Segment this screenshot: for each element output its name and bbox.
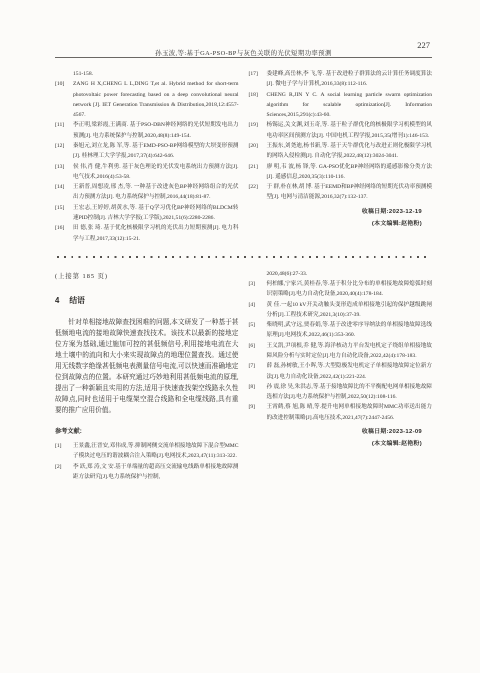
reference-number: [10] <box>55 79 73 120</box>
reference-item: [19] 杨锡运,关文渊,刘玉奇,等. 基于粒子群优化的核极限学习机模型的风电功… <box>249 120 433 141</box>
reference-text: 廖 明,韦 波,杨 锋,等. GA-PSO优化BP神经网络的遥感影像分类方法[J… <box>267 162 433 183</box>
reference-item: [22] 于 群,朴在林,胡 博. 基于EEMD和BP神经网络的短期光伏功率预测… <box>249 182 433 203</box>
article2-right-column: 2020,48(6):27-33. [3] 何柏娜,宁家兴,黄桂春,等.基于积分… <box>249 269 433 482</box>
conclusion-paragraph: 针对单相接地故障查找困难的问题,本文研发了一种基于甚低频地电流的接地故障快速查找… <box>55 318 239 417</box>
reference-text: 秦旭元,刘立龙,陈 军,等. 基于EMD-PSO-BP网络模型的大坝变形预测[J… <box>73 141 239 162</box>
reference-number: [15] <box>55 203 73 224</box>
reference-text: 杨锡运,关文渊,刘玉奇,等. 基于粒子群优化的核极限学习机模型的风电功率区间预测… <box>267 120 433 141</box>
article1-references-section: 151-158. [10] ZANG H X,CHENG L L,DING T,… <box>55 69 432 244</box>
article-divider-dotted-rule <box>57 256 430 258</box>
header-rule <box>55 57 432 58</box>
reference-continuation: 2020,48(6):27-33. <box>267 269 433 279</box>
reference-text: 王宏志,王婷婷,胡黄水,等. 基于Q学习优化BP神经网络的BLDCM转速PID控… <box>73 203 239 224</box>
section-number: 4 <box>55 294 59 308</box>
reference-text: 孙 震,徐 昊,朱洪志,等.基于接地故障比的不平衡配电网单相接地故障选相方法[J… <box>267 382 433 403</box>
references-heading: 参考文献: <box>55 426 239 437</box>
reference-item: [10] ZANG H X,CHENG L L,DING T,et al. Hy… <box>55 79 239 120</box>
reference-number: [20] <box>249 141 267 162</box>
article1-left-reference-list: [10] ZANG H X,CHENG L L,DING T,et al. Hy… <box>55 79 239 244</box>
reference-text: 薛 磊,孙树敏,王小晖,等.大型隐极发电机定子单相接地故障定位新方法[J].电力… <box>267 361 433 382</box>
article2-right-reference-list: [3] 何柏娜,宁家兴,黄桂春,等.基于积分比分布的单相接地故障熄弧时刻识别策略… <box>249 279 433 423</box>
reference-text: 侯 伟,肖 健,牛利勇. 基于灰色理论的光伏发电系统出力预测方法[J]. 电气技… <box>73 162 239 183</box>
reference-item: [4] 黄 佳.一起10 kV开关动触头变形造成单相接地引起的保护越级跳闸分析[… <box>249 300 433 321</box>
reference-item: [6] 王义凯,尹项根,乔 健,等.海洋核动力平台发电机定子绕组单相接地故障风险… <box>249 341 433 362</box>
reference-text: 王振东,刘尧迪,杨书新,等. 基于天牛群优化与改进正则化极限学习机的网络入侵检测… <box>267 141 433 162</box>
reference-text: 黄 佳.一起10 kV开关动触头变形造成单相接地引起的保护越级跳闸分析[J].工… <box>267 300 433 321</box>
reference-text: ZANG H X,CHENG L L,DING T,et al. Hybrid … <box>73 79 239 120</box>
section-title: 结语 <box>69 294 85 308</box>
running-title: 孙玉波,等:基于GA-PSO-BP与灰色关联的光伏短期功率预测 <box>155 50 332 57</box>
reference-item: [12] 秦旭元,刘立龙,陈 军,等. 基于EMD-PSO-BP网络模型的大坝变… <box>55 141 239 162</box>
section-heading: 4 结语 <box>55 294 239 308</box>
prev-reference-tail: 151-158. <box>73 69 239 79</box>
reference-text: 王义凯,尹项根,乔 健,等.海洋核动力平台发电机定子绕组单相接地故障风险分析与实… <box>267 341 433 362</box>
editor-note: (本文编辑:赵艳粉) <box>249 439 433 450</box>
article1-left-column: 151-158. [10] ZANG H X,CHENG L L,DING T,… <box>55 69 239 244</box>
reference-number: [14] <box>55 182 73 203</box>
reference-item: [14] 王新普,周想凌,邢 杰,等. 一种基于改进灰色BP神经网络组合的光伏出… <box>55 182 239 203</box>
reference-item: [8] 孙 震,徐 昊,朱洪志,等.基于接地故障比的不平衡配电网单相接地故障选相… <box>249 382 433 403</box>
reference-number: [7] <box>249 361 267 382</box>
reference-item: [11] 李正明,梁彩霞,王满商. 基于PSO-DBN神经网络的光伏短期发电出力… <box>55 120 239 141</box>
reference-item: [1] 王景鑫,汪晋安,邓伟成,等.抑制网侧交流单相接地故障下混合型MMC子模块… <box>55 441 239 462</box>
continued-from-note: (上接第 185 页) <box>55 271 239 283</box>
reference-text: 王新普,周想凌,邢 杰,等. 一种基于改进灰色BP神经网络组合的光伏出力预测方法… <box>73 182 239 203</box>
reference-number: [16] <box>55 223 73 244</box>
reference-text: 娄建峰,高岳林,李 飞,等. 基于改进粒子群算法的云计算任务调度算法[J]. 微… <box>267 69 433 90</box>
reference-number: [5] <box>249 320 267 341</box>
reference-number: [12] <box>55 141 73 162</box>
reference-item: [9] 王霄鹤,蔡 旭,陈 晴,等.提升电网单相接地故障时MMC功率送出能力的改… <box>249 402 433 423</box>
reference-item: [7] 薛 磊,孙树敏,王小晖,等.大型隐极发电机定子单相接地故障定位新方法[J… <box>249 361 433 382</box>
reference-item: [20] 王振东,刘尧迪,杨书新,等. 基于天牛群优化与改进正则化极限学习机的网… <box>249 141 433 162</box>
reference-item: [18] CHENG R,JIN Y C. A social learning … <box>249 90 433 121</box>
reference-number: [22] <box>249 182 267 203</box>
reference-number: [8] <box>249 382 267 403</box>
reference-item: [2] 李 跃,郑 涛,文 安.基于单端量的超高压交流输电线路单相接地故障测距方… <box>55 462 239 483</box>
reference-number: [6] <box>249 341 267 362</box>
reference-text: 李 跃,郑 涛,文 安.基于单端量的超高压交流输电线路单相接地故障测距方法研究[… <box>73 462 239 483</box>
reference-text: 王霄鹤,蔡 旭,陈 晴,等.提升电网单相接地故障时MMC功率送出能力的改进控制策… <box>267 402 433 423</box>
reference-number: [17] <box>249 69 267 90</box>
reference-item: [21] 廖 明,韦 波,杨 锋,等. GA-PSO优化BP神经网络的遥感影像分… <box>249 162 433 183</box>
reference-item: [13] 侯 伟,肖 健,牛利勇. 基于灰色理论的光伏发电系统出力预测方法[J]… <box>55 162 239 183</box>
reference-item: [5] 柴晓明,武守远,贾春娟,等.基于改进零序导纳法的单相接地故障选线原理[J… <box>249 320 433 341</box>
reference-item: [16] 田 德,张 琦. 基于优化核极限学习机的光伏出力短期预测[J]. 电力… <box>55 223 239 244</box>
reference-number: [1] <box>55 441 73 462</box>
reference-number: [3] <box>249 279 267 300</box>
reference-text: 田 德,张 琦. 基于优化核极限学习机的光伏出力短期预测[J]. 电力科学与工程… <box>73 223 239 244</box>
article2-section: (上接第 185 页) 4 结语 针对单相接地故障查找困难的问题,本文研发了一种… <box>55 269 432 482</box>
reference-text: CHENG R,JIN Y C. A social learning parti… <box>267 90 433 121</box>
editor-note: (本文编辑:赵艳粉) <box>249 219 433 230</box>
reference-item: [15] 王宏志,王婷婷,胡黄水,等. 基于Q学习优化BP神经网络的BLDCM转… <box>55 203 239 224</box>
reference-item: [17] 娄建峰,高岳林,李 飞,等. 基于改进粒子群算法的云计算任务调度算法[… <box>249 69 433 90</box>
page-header: 孙玉波,等:基于GA-PSO-BP与灰色关联的光伏短期功率预测 227 <box>55 42 432 53</box>
reference-number: [13] <box>55 162 73 183</box>
article2-left-reference-list: [1] 王景鑫,汪晋安,邓伟成,等.抑制网侧交流单相接地故障下混合型MMC子模块… <box>55 441 239 482</box>
reference-text: 于 群,朴在林,胡 博. 基于EEMD和BP神经网络的短期光伏功率预测模型[J]… <box>267 182 433 203</box>
reference-item: [3] 何柏娜,宁家兴,黄桂春,等.基于积分比分布的单相接地故障熄弧时刻识别策略… <box>249 279 433 300</box>
page-number: 227 <box>417 40 430 50</box>
article1-right-column: [17] 娄建峰,高岳林,李 飞,等. 基于改进粒子群算法的云计算任务调度算法[… <box>249 69 433 244</box>
reference-number: [11] <box>55 120 73 141</box>
reference-number: [4] <box>249 300 267 321</box>
received-date: 收稿日期:2023-12-09 <box>249 427 433 438</box>
reference-text: 柴晓明,武守远,贾春娟,等.基于改进零序导纳法的单相接地故障选线原理[J].电网… <box>267 320 433 341</box>
article1-right-reference-list: [17] 娄建峰,高岳林,李 飞,等. 基于改进粒子群算法的云计算任务调度算法[… <box>249 69 433 203</box>
reference-text: 王景鑫,汪晋安,邓伟成,等.抑制网侧交流单相接地故障下混合型MMC子模块过电压的… <box>73 441 239 462</box>
reference-text: 李正明,梁彩霞,王满商. 基于PSO-DBN神经网络的光伏短期发电出力预测[J]… <box>73 120 239 141</box>
reference-number: [9] <box>249 402 267 423</box>
reference-number: [19] <box>249 120 267 141</box>
reference-number: [18] <box>249 90 267 121</box>
journal-page: 孙玉波,等:基于GA-PSO-BP与灰色关联的光伏短期功率预测 227 151-… <box>0 0 480 673</box>
reference-number: [21] <box>249 162 267 183</box>
article2-left-column: (上接第 185 页) 4 结语 针对单相接地故障查找困难的问题,本文研发了一种… <box>55 269 239 482</box>
reference-text: 何柏娜,宁家兴,黄桂春,等.基于积分比分布的单相接地故障熄弧时刻识别策略[J].… <box>267 279 433 300</box>
received-date: 收稿日期:2023-12-19 <box>249 207 433 218</box>
reference-number: [2] <box>55 462 73 483</box>
